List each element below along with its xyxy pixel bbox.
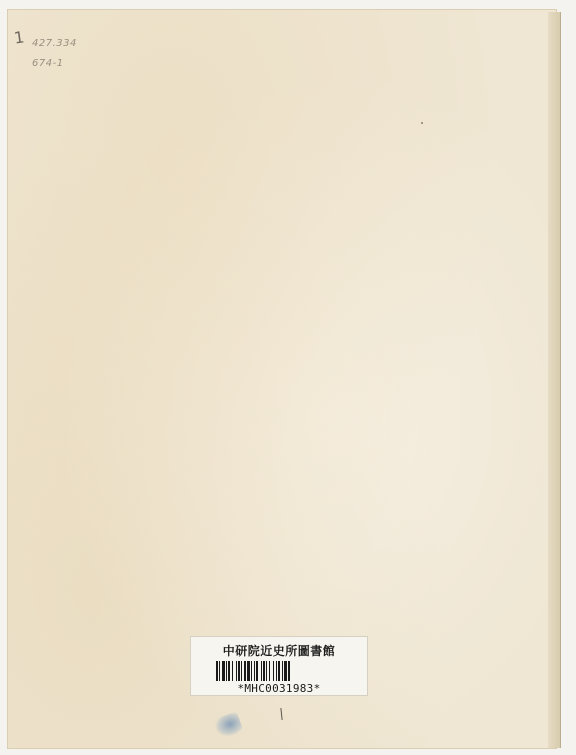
page-edge (548, 12, 561, 748)
handwritten-volume-number: 674-1 (32, 58, 64, 69)
library-name: 中研院近史所圖書館 (223, 642, 336, 659)
barcode-icon (216, 661, 342, 681)
barcode-number: *MHC0031983* (237, 682, 320, 695)
handwritten-call-number: 427.334 (32, 38, 77, 49)
library-barcode-label: 中研院近史所圖書館 *MHC0031983* (190, 636, 368, 696)
paper-speck (421, 122, 423, 124)
